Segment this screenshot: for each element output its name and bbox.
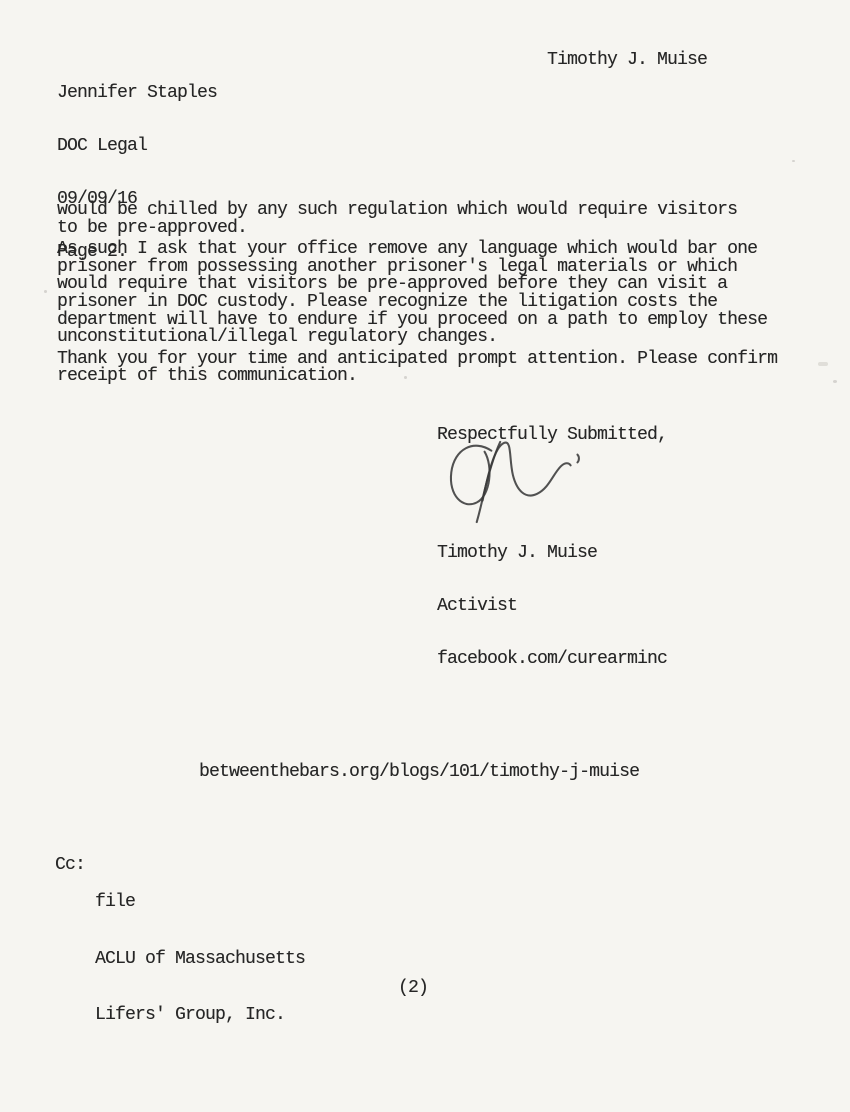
letter-body: would be chilled by any such regulation … <box>57 202 777 390</box>
blog-url: betweenthebars.org/blogs/101/timothy-j-m… <box>199 764 639 782</box>
cc-block: Cc: file ACLU of Massachusetts Lifers' G… <box>55 856 305 1062</box>
body-paragraph: would be chilled by any such regulation … <box>57 202 777 237</box>
scan-speck <box>833 380 837 383</box>
cc-item: Lifers' Group, Inc. <box>95 1006 305 1025</box>
letter-page: Jennifer Staples DOC Legal 09/09/16 Page… <box>0 0 850 1112</box>
page-number: (2) <box>398 980 428 998</box>
scan-smudge <box>818 362 828 366</box>
cc-item: file <box>95 893 305 912</box>
body-paragraph: Thank you for your time and anticipated … <box>57 351 777 386</box>
recipient-name: Jennifer Staples <box>57 85 217 103</box>
scan-speck <box>44 290 47 293</box>
cc-item: ACLU of Massachusetts <box>95 950 305 969</box>
scan-speck <box>792 160 795 162</box>
sender-name: Timothy J. Muise <box>547 52 707 70</box>
scan-speck <box>404 376 407 379</box>
signer-title: Activist <box>437 598 667 616</box>
signer-identity: Timothy J. Muise Activist facebook.com/c… <box>437 510 667 704</box>
signer-name: Timothy J. Muise <box>437 545 667 563</box>
body-paragraph: As such I ask that your office remove an… <box>57 241 777 347</box>
signer-social: facebook.com/curearminc <box>437 651 667 669</box>
recipient-department: DOC Legal <box>57 138 217 156</box>
cc-label: Cc: <box>55 856 85 1062</box>
cc-items: file ACLU of Massachusetts Lifers' Group… <box>95 856 305 1062</box>
